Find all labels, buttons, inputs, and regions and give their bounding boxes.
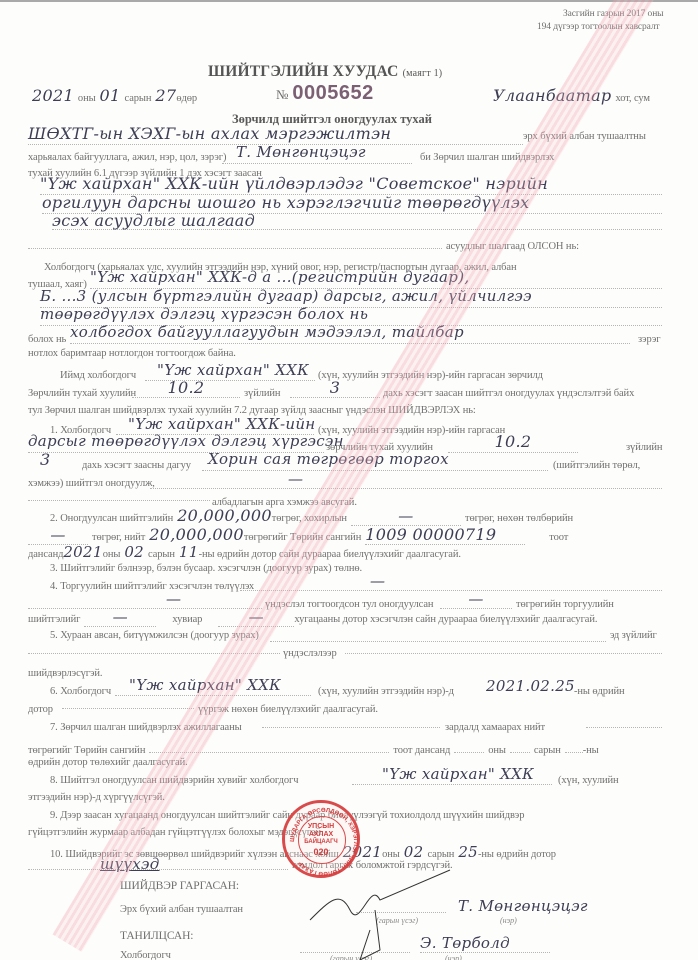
item4-times-label: хувиар xyxy=(172,614,202,625)
item6-party: "Үж хайрхан" ХХК xyxy=(115,676,311,696)
official-stamp: ШУДАРГА ӨРСӨЛДӨӨН, ХЭРЭГЛЭГЧИЙН ТӨЛӨӨ ГА… xyxy=(282,800,360,878)
document-date: 2021 оны 01 сарын 27өдөр xyxy=(32,86,197,106)
case-line-1: "Үж хайрхан" ХХК-ийн үйлдвэрлэдэг "Совет… xyxy=(40,174,662,195)
item2-due-month: 02 xyxy=(124,543,144,561)
i-statement: би Зөрчил шалган шийдвэрлэх xyxy=(420,152,554,163)
item4-penalty-label: шийтгэлийг xyxy=(28,614,80,625)
article-label: зүйлийн xyxy=(244,388,280,399)
item1-line4-hand: — xyxy=(288,470,303,488)
item7-account-field xyxy=(149,743,389,753)
item5-field xyxy=(270,630,606,642)
official-field: ШӨХТГ-ын ХЭХГ-ын ахлах мэргэжилтэн xyxy=(28,124,523,145)
case-line-3: эсэх асуудлыг шалгаад xyxy=(52,211,662,230)
item7-day-label: -ны xyxy=(583,745,599,756)
item7-account-label: тоот дансанд xyxy=(393,745,450,756)
official-name-field: Т. Мөнгөнцэцэг xyxy=(222,143,412,164)
case-blank-line xyxy=(28,236,442,249)
item2-damage: — xyxy=(351,507,461,526)
party-line-1: "Үж хайрхан" ХХК-д а ...(регистрийн дуга… xyxy=(90,268,662,289)
item7-year-label: оны xyxy=(488,745,506,756)
date-day-label: өдөр xyxy=(176,93,197,104)
etc-label: зэрэг xyxy=(638,334,660,345)
item6-suffix: (хүн, хуулийн этгээдийн нэр)-д xyxy=(318,686,454,697)
item4-field-2: — xyxy=(28,590,262,609)
item4-hand-5: — xyxy=(218,608,294,627)
item2-prefix: 2. Оногдуулсан шийтгэлийн xyxy=(50,513,173,524)
item2-tugrug-label: төгрөг, хохирлын xyxy=(272,513,347,524)
date-year: 2021 xyxy=(32,86,74,105)
document-place: Улаанбаатар хот, сум xyxy=(493,86,650,106)
official-hand: ШӨХТГ-ын ХЭХГ-ын ахлах мэргэжилтэн xyxy=(28,124,391,143)
item10-court-field: шүүхэд xyxy=(28,855,288,870)
item7-prefix: 7. Зөрчил шалган шийдвэрлэх ажиллагааны xyxy=(50,722,242,733)
official-name-caption: (нэр) xyxy=(500,916,517,925)
official-name-hand: Т. Мөнгөнцэцэг xyxy=(236,143,366,161)
law-label: Зөрчлийн тухай хуулийн xyxy=(28,388,136,399)
became-label: болох нь xyxy=(28,334,66,345)
article-field: 10.2 xyxy=(132,378,240,398)
item7-field-1 xyxy=(262,716,440,728)
item10-day: 25 xyxy=(458,843,478,861)
item4-hand-2: — xyxy=(166,590,181,608)
item2-due-day-label: -ны өдрийн дотор сайн дураараа биелүүлэх… xyxy=(199,549,461,560)
item6-prefix: 6. Холбогдогч xyxy=(50,686,111,697)
item4-field-1: — xyxy=(240,572,662,591)
item2-total: 20,000,000 xyxy=(149,525,244,544)
party-sign-label: Холбогдогч xyxy=(120,950,171,960)
item7-field-2 xyxy=(586,716,662,728)
date-month: 01 xyxy=(100,86,121,105)
title-note: (маягт 1) xyxy=(403,68,443,79)
item2-row1: 2. Оногдуулсан шийтгэлийн 20,000,000төгр… xyxy=(50,506,573,526)
official-label-2: харьяалах байгууллага, ажил, нэр, цол, з… xyxy=(28,152,226,163)
found-label: асуудлыг шалгаад ОЛСОН нь: xyxy=(446,241,579,252)
item5-suffix: эд зүйлийг xyxy=(610,630,657,641)
item1-part: 3 xyxy=(40,450,50,469)
document-number: № 0005652 xyxy=(276,82,374,105)
party-line-4: холбогдох байгууллагуудын мэдээлэл, тайл… xyxy=(70,323,630,344)
item8-suffix: (хүн, хуулийн xyxy=(558,775,619,786)
item1-party-hand: "Үж хайрхан" ХХК-ийн xyxy=(128,415,315,433)
place-hand: Улаанбаатар xyxy=(493,86,611,105)
official-sign-label: Эрх бүхий албан тушаалтан xyxy=(120,904,243,915)
item8-party-hand: "Үж хайрхан" ХХК xyxy=(382,765,534,783)
official-label: эрх бүхий албан тушаалтны xyxy=(523,131,646,142)
item5-prefix: 5. Хураан авсан, битүүмжилсэн (доогуур з… xyxy=(50,630,259,641)
item7-year-field xyxy=(454,743,484,753)
decree-line-1: Засгийн газрын 2017 оны xyxy=(563,9,663,19)
official-signature-name: Т. Мөнгөнцэцэг xyxy=(458,897,588,915)
item1-line4-field: — xyxy=(150,470,662,489)
item8-prefix: 8. Шийтгэл оногдуулсан шийдвэрийн хувийг… xyxy=(50,775,298,786)
item10-day-label: -ны өдрийн дотор xyxy=(478,849,556,860)
date-month-label: сарын xyxy=(125,93,152,104)
item2-amount: 20,000,000 xyxy=(177,506,272,525)
item2-account: 1009 00000719 xyxy=(365,525,525,545)
item5-basis-field xyxy=(28,642,280,654)
item7-month-label: сарын xyxy=(534,745,561,756)
item2-account-label: тоот xyxy=(549,532,568,543)
item7-day-field xyxy=(565,743,583,753)
item2-row3: дансанд2021оны 02 сарын 11-ны өдрийн дот… xyxy=(28,543,461,562)
document-title: ШИЙТГЭЛИЙН ХУУДАС (маягт 1) xyxy=(208,63,442,81)
item2-tugrug-label-2: төгрөг, нөхөн төлбөрийн xyxy=(465,513,573,524)
decree-line-2: 194 дүгээр тогтоолын хавсралт xyxy=(537,22,660,32)
stamp-line-1: УПСЫН xyxy=(285,823,357,830)
item2-deposit-label: дансанд xyxy=(28,549,63,560)
item6-date: 2021.02.25 xyxy=(486,677,575,695)
item6-within: дотор xyxy=(28,704,53,715)
item4-hand-3: — xyxy=(468,590,483,608)
item8-line2: этгээдийн нэр)-д хүргүүлсүгэй. xyxy=(28,792,165,803)
date-day: 27 xyxy=(155,86,176,105)
number-value: 0005652 xyxy=(292,82,373,104)
item7-pay: өдрийн дотор төлөхийг даалгасугай. xyxy=(28,757,188,768)
acquainted-label: ТАНИЛЦСАН: xyxy=(120,930,193,942)
item2-row2: — төгрөг, нийт 20,000,000төгрөгийг Төрий… xyxy=(28,525,568,545)
date-year-label: оны xyxy=(78,93,96,104)
item6-date-suffix: -ны өдрийн xyxy=(574,686,625,697)
item4-term-label: хугацааны дотор хэсэгчлэн сайн дураараа … xyxy=(294,614,597,625)
item6-obligation: үүргэж нөхөн биелүүлэхийг даалгасугай. xyxy=(198,704,378,715)
item2-due-year-label: оны xyxy=(103,549,121,560)
stamp-line-2: АХЛАХ xyxy=(285,831,357,838)
penalty-sheet-document: Засгийн газрын 2017 оны 194 дүгээр тогто… xyxy=(0,0,698,960)
item5-decide: шийдвэрлэсүгэй. xyxy=(28,668,102,679)
item4-field-3: — xyxy=(440,590,512,609)
stamp-code: 020 xyxy=(285,847,357,857)
item7-expense-label: зардалд хамаарах нийт xyxy=(445,722,545,733)
item1-penalty-hand: Хорин сая төгрөгөөр торгох xyxy=(208,450,449,468)
number-sign: № xyxy=(276,87,288,102)
item1-article-label: зүйлийн xyxy=(626,442,662,453)
item1-penalty: Хорин сая төгрөгөөр торгох xyxy=(202,450,548,471)
item2-due-year: 2021 xyxy=(63,543,102,561)
proof-label: нотлох баримтаар нотлогдон тогтоогдож ба… xyxy=(28,348,236,359)
therefore-party-hand: "Үж хайрхан" ХХК xyxy=(157,361,309,379)
item5-basis-label: үндэслэлээр xyxy=(283,648,337,659)
item7-row2: төгрөгийг Төрийн сангийн тоот дансанд он… xyxy=(28,740,599,758)
item6-within-field xyxy=(62,697,194,709)
stamp-line-3: БАЙЦААГЧ xyxy=(285,839,357,845)
item2-due-month-label: сарын xyxy=(148,549,175,560)
item9-line2: гүйцэтгэлийн журмаар албадан гүйцэтгүүлэ… xyxy=(28,827,323,838)
item1-line5-blank xyxy=(28,488,210,501)
issued-label: ШИЙДВЭР ГАРГАСАН: xyxy=(120,880,239,892)
item5-basis-field-2 xyxy=(345,642,662,654)
item6-party-hand: "Үж хайрхан" ХХК xyxy=(129,676,281,694)
place-suffix: хот, сум xyxy=(615,93,650,104)
item4-row3: шийтгэлийг — хувиар —хугацааны дотор хэс… xyxy=(28,608,597,627)
item4-hand-4: — xyxy=(84,608,156,627)
item4-hand-1: — xyxy=(370,572,385,590)
part-field: 3 xyxy=(290,378,380,398)
item8-party: "Үж хайрхан" ХХК xyxy=(352,765,552,785)
item2-total-label: төгрөг, нийт xyxy=(92,532,145,543)
item2-treasury-label: төгрөгийг Төрийн сангийн xyxy=(244,532,361,543)
therefore-label: Иймд холбогдогч xyxy=(60,370,136,381)
part-label: дахь хэсэгт заасан шийтгэл оногдуулах үн… xyxy=(383,388,634,399)
item2-due-day: 11 xyxy=(179,543,199,561)
item7-treasury-label: төгрөгийг Төрийн сангийн xyxy=(28,745,145,756)
item10-court-hand: шүүхэд xyxy=(100,855,160,873)
item7-month-field xyxy=(510,743,530,753)
title-text: ШИЙТГЭЛИЙН ХУУДАС xyxy=(208,63,399,80)
